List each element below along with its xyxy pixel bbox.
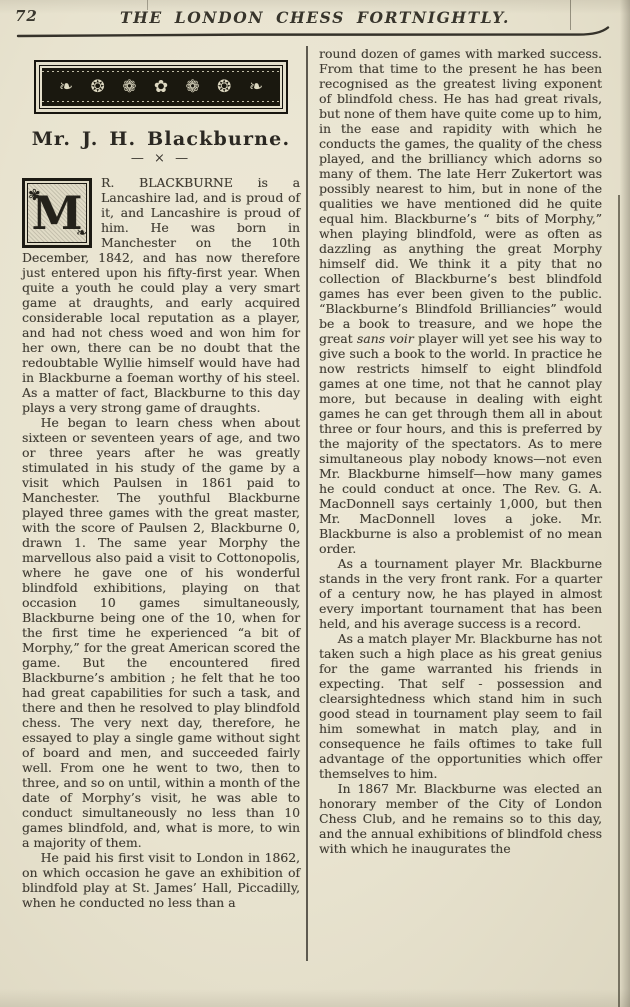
paragraph: ✾M❧R. BLACKBURNE is a Lancashire lad, an… <box>22 175 300 415</box>
paragraph-text: round dozen of games with marked success… <box>319 46 602 346</box>
ornament-banner: ✾ ❧ ❂ ❁ ✿ ❁ ❂ ❧ ✾ <box>34 60 288 114</box>
floral-ornament-icon: ✾ ❧ ❂ ❁ ✿ ❁ ❂ ❧ ✾ <box>42 68 280 106</box>
paragraph: He began to learn chess when about sixte… <box>22 415 300 850</box>
scan-artifact-line <box>570 0 571 30</box>
paragraph: He paid his first visit to London in 186… <box>22 850 300 910</box>
leaf-icon: ❧ <box>76 226 87 241</box>
column-divider-rule <box>306 46 308 961</box>
scan-artifact-line <box>147 0 148 10</box>
left-column: ✾ ❧ ❂ ❁ ✿ ❁ ❂ ❧ ✾ Mr. J. H. Blackburne. … <box>22 52 300 910</box>
header-rule <box>16 26 612 40</box>
drop-cap: ✾M❧ <box>22 178 92 248</box>
title-divider: — × — <box>22 151 300 166</box>
paragraph: As a match player Mr. Blackburne has not… <box>319 631 602 781</box>
italic-phrase: sans voir <box>357 331 414 346</box>
right-column: round dozen of games with marked success… <box>319 46 602 856</box>
paragraph-text: player will yet see his way to give such… <box>319 331 602 556</box>
sunflower-icon: ✾ <box>28 188 41 203</box>
article-title: Mr. J. H. Blackburne. <box>22 128 300 150</box>
header-title: THE LONDON CHESS FORTNIGHTLY. <box>0 8 630 27</box>
paragraph: In 1867 Mr. Blackburne was elected an ho… <box>319 781 602 856</box>
page-edge-shadow <box>620 0 630 1007</box>
page-gutter-line <box>618 195 620 1007</box>
paragraph: round dozen of games with marked success… <box>319 46 602 556</box>
paragraph: As a tournament player Mr. Blackburne st… <box>319 556 602 631</box>
ornament-banner-frame: ✾ ❧ ❂ ❁ ✿ ❁ ❂ ❧ ✾ <box>39 65 283 109</box>
magazine-page: 72 THE LONDON CHESS FORTNIGHTLY. ✾ ❧ ❂ ❁… <box>0 0 630 1007</box>
